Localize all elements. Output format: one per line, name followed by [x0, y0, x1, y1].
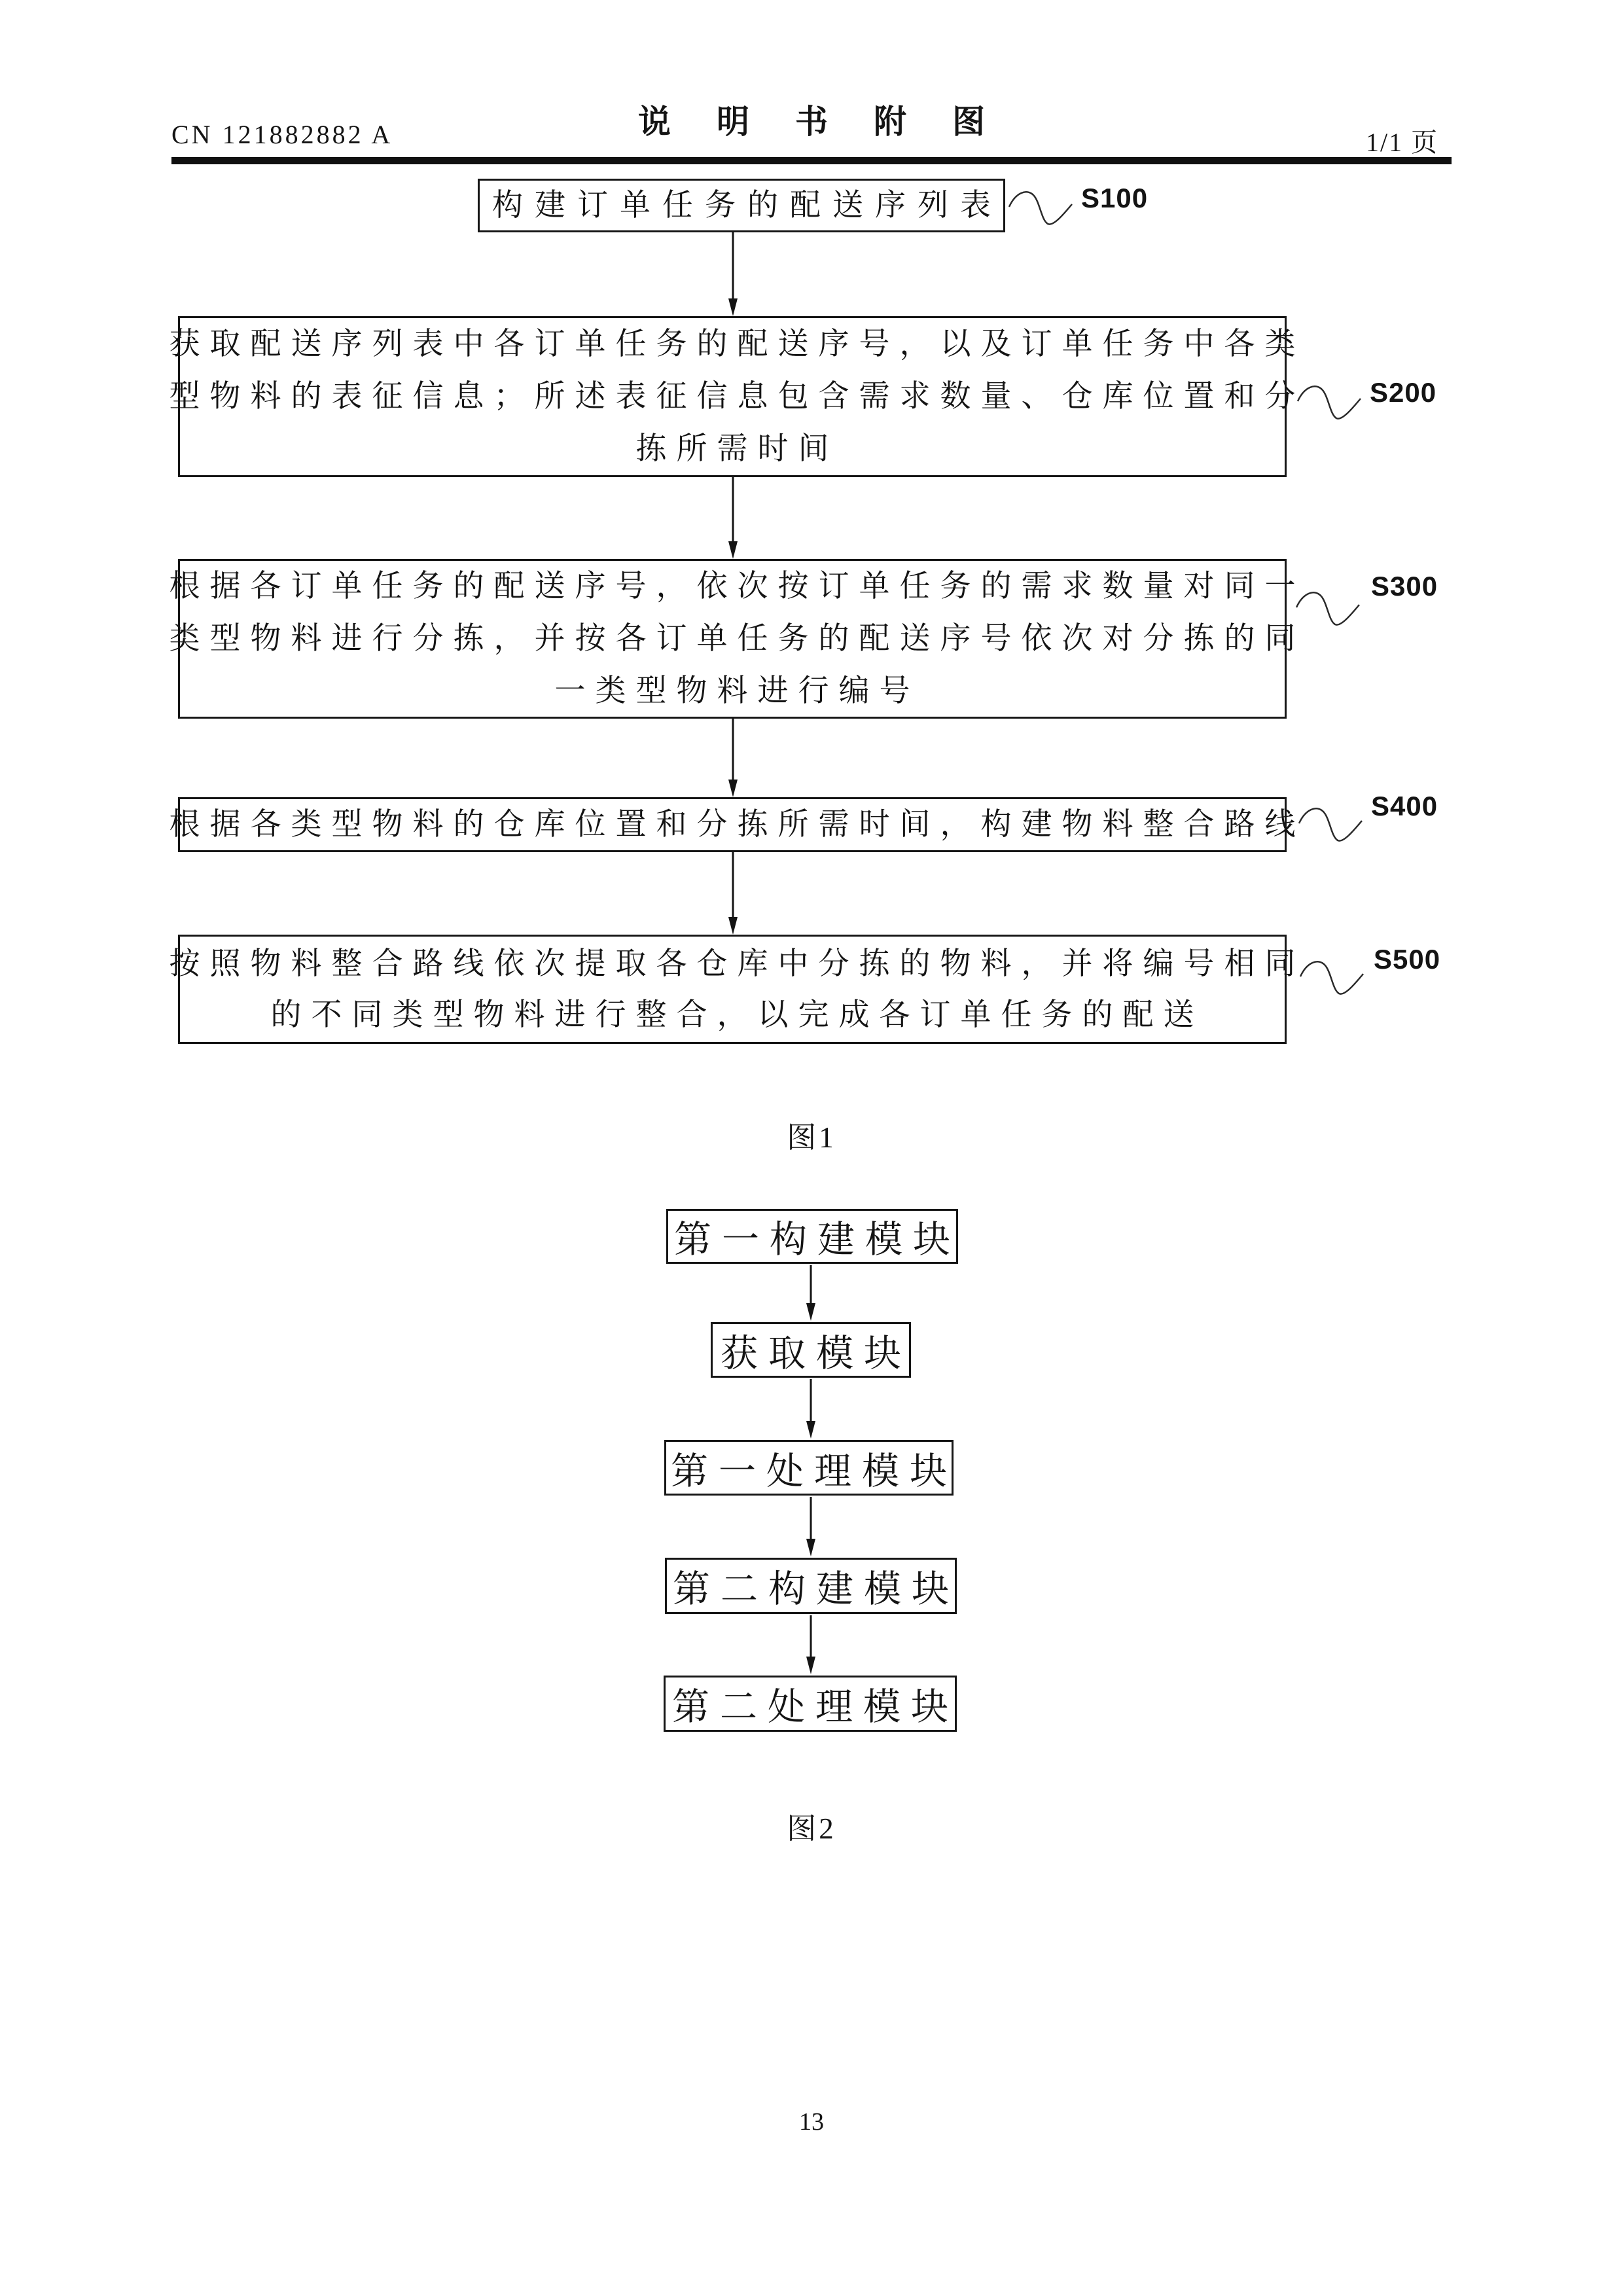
fig2-caption: 图2	[0, 1804, 1623, 1847]
step-text-line: 构建订单任务的配送序列表	[480, 179, 1003, 232]
step-text-line: 按照物料整合路线依次提取各仓库中分拣的物料，并将编号相同	[160, 939, 1306, 990]
arrow-down	[806, 1615, 816, 1674]
step-text-line: 一类型物料进行编号	[545, 665, 920, 717]
arrow-shaft	[810, 1379, 812, 1423]
arrow-down	[728, 477, 738, 559]
fig1-caption: 图1	[0, 1113, 1623, 1156]
arrow-shaft	[732, 852, 734, 919]
page-number: 13	[0, 2108, 1623, 2136]
squiggle-connector	[1294, 588, 1361, 628]
flow-step-box-s500: 按照物料整合路线依次提取各仓库中分拣的物料，并将编号相同 的不同类型物料进行整合…	[178, 935, 1287, 1044]
step-label-s100: S100	[1081, 183, 1148, 214]
header-rule	[171, 157, 1452, 164]
module-box-second-processing: 第二处理模块	[664, 1676, 957, 1732]
arrowhead-icon	[806, 1657, 815, 1674]
arrowhead-icon	[806, 1421, 815, 1439]
arrow-shaft	[810, 1265, 812, 1305]
squiggle-connector	[1007, 187, 1074, 228]
sheet-indicator: 1/1 页	[1366, 122, 1438, 159]
step-text-line: 类型物料进行分拣，并按各订单任务的配送序号依次对分拣的同	[160, 613, 1306, 665]
squiggle-connector	[1298, 957, 1365, 997]
arrow-down	[728, 852, 738, 935]
flow-step-box-s300: 根据各订单任务的配送序号，依次按订单任务的需求数量对同一 类型物料进行分拣，并按…	[178, 559, 1287, 719]
step-text-line: 拣所需时间	[626, 423, 839, 475]
step-text-line: 根据各类型物料的仓库位置和分拣所需时间，构建物料整合路线	[160, 798, 1306, 851]
squiggle-connector	[1296, 382, 1363, 422]
arrow-down	[806, 1497, 816, 1556]
arrowhead-icon	[728, 298, 738, 316]
step-label-s500: S500	[1374, 944, 1440, 975]
module-box-acquisition: 获取模块	[711, 1322, 911, 1378]
step-text-line: 的不同类型物料进行整合，以完成各订单任务的配送	[261, 990, 1204, 1041]
flow-step-box-s400: 根据各类型物料的仓库位置和分拣所需时间，构建物料整合路线	[178, 797, 1287, 852]
arrow-down	[806, 1265, 816, 1321]
step-label-s400: S400	[1371, 791, 1438, 822]
arrow-down	[728, 719, 738, 797]
step-text-line: 获取配送序列表中各订单任务的配送序号，以及订单任务中各类	[160, 318, 1306, 370]
arrow-down	[728, 232, 738, 316]
arrowhead-icon	[806, 1303, 815, 1321]
arrow-shaft	[732, 477, 734, 543]
arrow-shaft	[732, 232, 734, 300]
step-label-s300: S300	[1371, 571, 1438, 602]
module-box-first-construction: 第一构建模块	[666, 1209, 958, 1264]
step-text-line: 根据各订单任务的配送序号，依次按订单任务的需求数量对同一	[160, 560, 1306, 613]
patent-drawings-page: CN 121882882 A 说明书附图 1/1 页 构建订单任务的配送序列表 …	[0, 0, 1623, 2296]
module-box-second-construction: 第二构建模块	[665, 1558, 957, 1614]
flow-step-box-s200: 获取配送序列表中各订单任务的配送序号，以及订单任务中各类 型物料的表征信息；所述…	[178, 316, 1287, 477]
arrowhead-icon	[806, 1539, 815, 1556]
arrow-shaft	[732, 719, 734, 781]
step-text-line: 型物料的表征信息；所述表征信息包含需求数量、仓库位置和分	[160, 370, 1306, 423]
step-label-s200: S200	[1370, 377, 1436, 408]
arrowhead-icon	[728, 780, 738, 797]
arrowhead-icon	[728, 917, 738, 935]
arrow-shaft	[810, 1497, 812, 1541]
module-box-first-processing: 第一处理模块	[664, 1440, 954, 1496]
arrow-shaft	[810, 1615, 812, 1659]
arrowhead-icon	[728, 541, 738, 559]
squiggle-connector	[1297, 804, 1364, 844]
arrow-down	[806, 1379, 816, 1439]
flow-step-box-s100: 构建订单任务的配送序列表	[478, 179, 1005, 232]
